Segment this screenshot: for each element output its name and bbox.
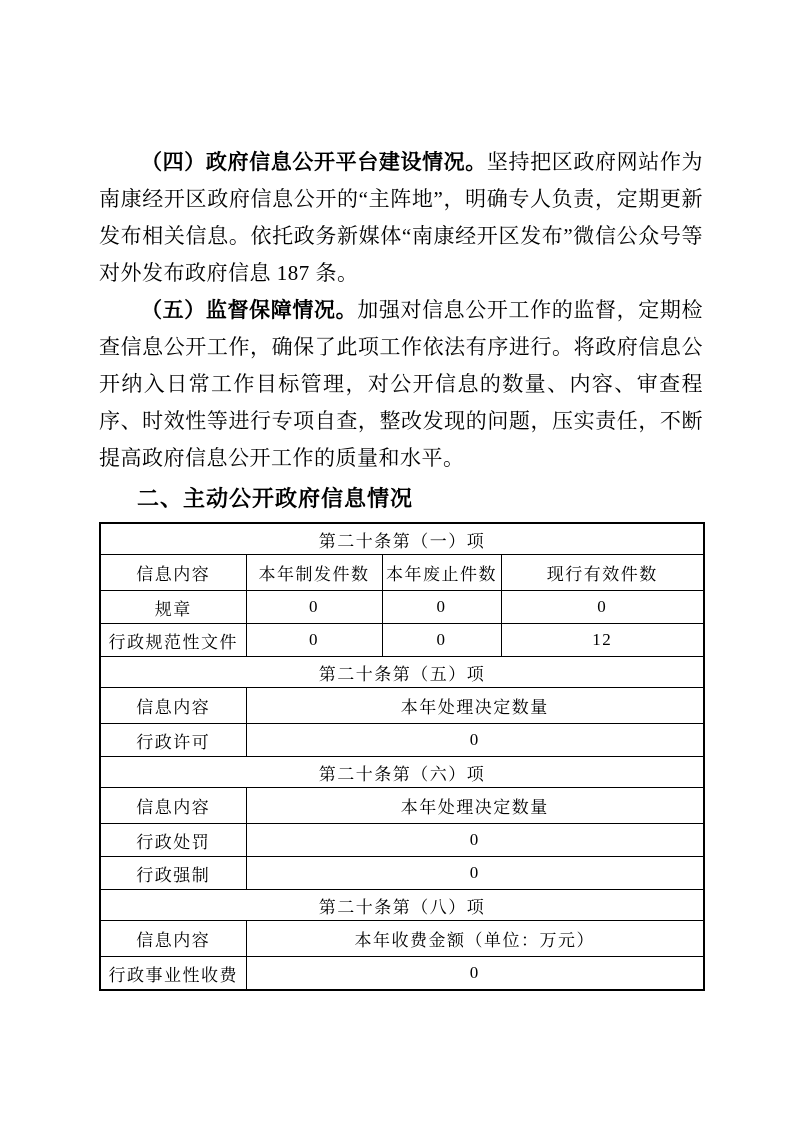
data-cell: 0: [246, 824, 704, 857]
data-row: 行政强制0: [100, 857, 704, 890]
data-cell: 0: [246, 591, 382, 624]
section-title-row: 第二十条第（八）项: [100, 890, 704, 921]
data-cell: 行政规范性文件: [100, 624, 246, 657]
data-cell: 行政事业性收费: [100, 957, 246, 991]
data-cell: 规章: [100, 591, 246, 624]
data-cell: 0: [246, 857, 704, 890]
header-cell: 信息内容: [100, 788, 246, 824]
data-cell: 0: [501, 591, 704, 624]
section-title-row: 第二十条第（六）项: [100, 757, 704, 788]
header-cell: 本年收费金额（单位：万元）: [246, 921, 704, 957]
header-cell: 现行有效件数: [501, 555, 704, 591]
header-cell: 本年废止件数: [382, 555, 501, 591]
paragraph-supervision-guarantee: （五）监督保障情况。加强对信息公开工作的监督，定期检查信息公开工作，确保了此项工…: [99, 292, 703, 477]
header-cell: 本年制发件数: [246, 555, 382, 591]
header-row: 信息内容本年处理决定数量: [100, 688, 704, 724]
header-cell: 信息内容: [100, 921, 246, 957]
data-cell: 0: [246, 724, 704, 757]
document-content: （四）政府信息公开平台建设情况。坚持把区政府网站作为南康经开区政府信息公开的“主…: [99, 144, 703, 991]
paragraph-platform-construction-lead: （四）政府信息公开平台建设情况。: [141, 150, 487, 174]
header-cell: 本年处理决定数量: [246, 688, 704, 724]
data-row: 行政处罚0: [100, 824, 704, 857]
data-cell: 0: [246, 957, 704, 991]
info-table-body: 第二十条第（一）项信息内容本年制发件数本年废止件数现行有效件数规章000行政规范…: [100, 523, 704, 990]
section-title-cell: 第二十条第（八）项: [100, 890, 704, 921]
paragraph-platform-construction: （四）政府信息公开平台建设情况。坚持把区政府网站作为南康经开区政府信息公开的“主…: [99, 144, 703, 292]
document-page: （四）政府信息公开平台建设情况。坚持把区政府网站作为南康经开区政府信息公开的“主…: [0, 0, 793, 1122]
section-title-cell: 第二十条第（六）项: [100, 757, 704, 788]
header-cell: 信息内容: [100, 688, 246, 724]
paragraph-supervision-guarantee-body: 加强对信息公开工作的监督，定期检查信息公开工作，确保了此项工作依法有序进行。将政…: [99, 298, 703, 470]
data-row: 规章000: [100, 591, 704, 624]
section-title-row: 第二十条第（一）项: [100, 523, 704, 555]
section-heading-active-disclosure: 二、主动公开政府信息情况: [99, 484, 703, 513]
data-cell: 行政许可: [100, 724, 246, 757]
header-row: 信息内容本年收费金额（单位：万元）: [100, 921, 704, 957]
data-cell: 12: [501, 624, 704, 657]
data-row: 行政规范性文件0012: [100, 624, 704, 657]
header-cell: 本年处理决定数量: [246, 788, 704, 824]
data-row: 行政许可0: [100, 724, 704, 757]
data-row: 行政事业性收费0: [100, 957, 704, 991]
header-cell: 信息内容: [100, 555, 246, 591]
data-cell: 行政处罚: [100, 824, 246, 857]
info-table: 第二十条第（一）项信息内容本年制发件数本年废止件数现行有效件数规章000行政规范…: [99, 522, 705, 991]
data-cell: 0: [246, 624, 382, 657]
data-cell: 行政强制: [100, 857, 246, 890]
data-cell: 0: [382, 591, 501, 624]
header-row: 信息内容本年制发件数本年废止件数现行有效件数: [100, 555, 704, 591]
section-title-cell: 第二十条第（一）项: [100, 523, 704, 555]
paragraph-supervision-guarantee-lead: （五）监督保障情况。: [141, 298, 357, 322]
data-cell: 0: [382, 624, 501, 657]
section-title-row: 第二十条第（五）项: [100, 657, 704, 688]
section-title-cell: 第二十条第（五）项: [100, 657, 704, 688]
header-row: 信息内容本年处理决定数量: [100, 788, 704, 824]
